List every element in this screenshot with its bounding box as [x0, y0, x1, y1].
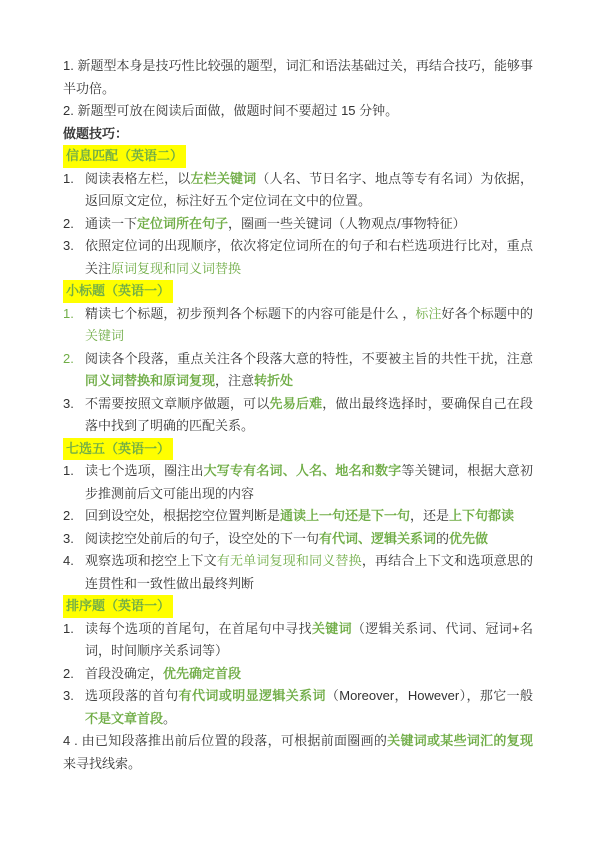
text-segment: 。	[163, 711, 176, 726]
list-item-number: 1.	[63, 303, 85, 326]
text-segment: 阅读表格左栏，以	[85, 171, 190, 186]
list-item-text: 阅读各个段落，重点关注各个段落大意的特性，不要被主旨的共性干扰，注意同义词替换和…	[85, 348, 533, 393]
text-segment: 选项段落的首句	[85, 688, 179, 703]
list-item: 1.阅读表格左栏，以左栏关键词（人名、节日名字、地点等专有名词）为依据，返回原文…	[63, 168, 533, 213]
text-segment: 关键词	[312, 621, 352, 636]
text-segment: 通读一下	[85, 216, 137, 231]
document-content: 1. 新题型本身是技巧性比较强的题型，词汇和语法基础过关，再结合技巧，能够事半功…	[63, 55, 533, 775]
text-segment: 好各个标题中的	[442, 306, 533, 321]
paragraph: 2. 新题型可放在阅读后面做，做题时间不要超过 15 分钟。	[63, 100, 533, 123]
list-item-text: 选项段落的首句有代词或明显逻辑关系词（Moreover，However），那它一…	[85, 685, 533, 730]
document-page: 1. 新题型本身是技巧性比较强的题型，词汇和语法基础过关，再结合技巧，能够事半功…	[0, 0, 596, 842]
text-segment: 有代词、逻辑关系词	[319, 531, 436, 546]
list-item: 2.阅读各个段落，重点关注各个段落大意的特性，不要被主旨的共性干扰，注意同义词替…	[63, 348, 533, 393]
list-item-number: 3.	[63, 393, 85, 416]
list-item: 1.精读七个标题，初步预判各个标题下的内容可能是什么 ，标注好各个标题中的关键词	[63, 303, 533, 348]
list-item-text: 通读一下定位词所在句子，圈画一些关键词（人物观点/事物特征）	[85, 213, 533, 236]
text-segment: 2. 新题型可放在阅读后面做，做题时间不要超过 15 分钟。	[63, 103, 398, 118]
list-item-number: 3.	[63, 685, 85, 708]
text-segment: 同义词替换和原词复现	[85, 373, 215, 388]
text-segment: 上下句都读	[449, 508, 514, 523]
text-segment: ，还是	[410, 508, 449, 523]
list-item-text: 回到设空处，根据挖空位置判断是通读上一句还是下一句，还是上下句都读	[85, 505, 533, 528]
text-segment: （Moreover，However），那它一般	[326, 688, 533, 703]
text-segment: ，注意	[215, 373, 254, 388]
list-item-text: 不需要按照文章顺序做题，可以先易后难，做出最终选择时，要确保自己在段落中找到了明…	[85, 393, 533, 438]
list-item: 3.依照定位词的出现顺序，依次将定位词所在的句子和右栏选项进行比对，重点关注原词…	[63, 235, 533, 280]
text-segment: 首段没确定，	[85, 666, 163, 681]
text-segment: 左栏关键词	[190, 171, 256, 186]
list-item-text: 阅读表格左栏，以左栏关键词（人名、节日名字、地点等专有名词）为依据，返回原文定位…	[85, 168, 533, 213]
list-item-text: 阅读挖空处前后的句子，设空处的下一句有代词、逻辑关系词的优先做	[85, 528, 533, 551]
list-item: 3.不需要按照文章顺序做题，可以先易后难，做出最终选择时，要确保自己在段落中找到…	[63, 393, 533, 438]
text-segment: 关键词	[85, 328, 124, 343]
text-segment: 不需要按照文章顺序做题，可以	[85, 396, 270, 411]
text-segment: 阅读挖空处前后的句子，设空处的下一句	[85, 531, 319, 546]
text-segment: 原词复现和同义词替换	[111, 261, 241, 276]
list-item: 2.通读一下定位词所在句子，圈画一些关键词（人物观点/事物特征）	[63, 213, 533, 236]
text-segment: 转折处	[254, 373, 293, 388]
list-item-text: 读七个选项，圈注出大写专有名词、人名、地名和数字等关键词，根据大意初步推测前后文…	[85, 460, 533, 505]
list-item-number: 4.	[63, 550, 85, 573]
text-segment: 观察选项和挖空上下文	[85, 553, 217, 568]
list-item: 4.观察选项和挖空上下文有无单词复现和同义替换，再结合上下文和选项意思的连贯性和…	[63, 550, 533, 595]
text-segment: 优先确定首段	[163, 666, 241, 681]
text-segment: 来寻找线索。	[63, 756, 141, 771]
text-segment: 优先做	[449, 531, 488, 546]
text-segment: 的	[436, 531, 449, 546]
list-item: 2.首段没确定，优先确定首段	[63, 663, 533, 686]
highlighted-section-heading: 排序题（英语一）	[63, 595, 173, 618]
text-segment: 精读七个标题，初步预判各个标题下的内容可能是什么 ，	[85, 306, 415, 321]
text-segment: 有无单词复现和同义替换	[217, 553, 362, 568]
section-heading-line: 七选五（英语一）	[63, 438, 533, 461]
list-item-number: 3.	[63, 528, 85, 551]
list-item: 3.选项段落的首句有代词或明显逻辑关系词（Moreover，However），那…	[63, 685, 533, 730]
list-item-number: 2.	[63, 348, 85, 371]
text-segment: 先易后难	[270, 396, 323, 411]
list-item-number: 1.	[63, 618, 85, 641]
list-item-text: 精读七个标题，初步预判各个标题下的内容可能是什么 ，标注好各个标题中的关键词	[85, 303, 533, 348]
text-segment: 做题技巧：	[63, 126, 128, 141]
text-segment: ，圈画一些关键词（人物观点/事物特征）	[228, 216, 466, 231]
text-segment: 回到设空处，根据挖空位置判断是	[85, 508, 280, 523]
list-item: 1.读七个选项，圈注出大写专有名词、人名、地名和数字等关键词，根据大意初步推测前…	[63, 460, 533, 505]
text-segment: 通读上一句还是下一句	[280, 508, 410, 523]
text-segment: 读七个选项，圈注出	[85, 463, 204, 478]
highlighted-section-heading: 信息匹配（英语二）	[63, 145, 186, 168]
list-item: 2.回到设空处，根据挖空位置判断是通读上一句还是下一句，还是上下句都读	[63, 505, 533, 528]
list-item-text: 依照定位词的出现顺序，依次将定位词所在的句子和右栏选项进行比对，重点关注原词复现…	[85, 235, 533, 280]
list-item-number: 2.	[63, 505, 85, 528]
section-heading-line: 排序题（英语一）	[63, 595, 533, 618]
text-segment: 有代词或明显逻辑关系词	[179, 688, 326, 703]
paragraph: 1. 新题型本身是技巧性比较强的题型，词汇和语法基础过关，再结合技巧，能够事半功…	[63, 55, 533, 100]
section-heading-line: 小标题（英语一）	[63, 280, 533, 303]
text-segment: 1. 新题型本身是技巧性比较强的题型，词汇和语法基础过关，再结合技巧，能够事半功…	[63, 58, 533, 96]
highlighted-section-heading: 小标题（英语一）	[63, 280, 173, 303]
list-item-text: 观察选项和挖空上下文有无单词复现和同义替换，再结合上下文和选项意思的连贯性和一致…	[85, 550, 533, 595]
list-item-number: 1.	[63, 168, 85, 191]
paragraph: 做题技巧：	[63, 123, 533, 146]
list-item-text: 读每个选项的首尾句，在首尾句中寻找关键词（逻辑关系词、代词、冠词+名词，时间顺序…	[85, 618, 533, 663]
list-item-number: 3.	[63, 235, 85, 258]
list-item: 1.读每个选项的首尾句，在首尾句中寻找关键词（逻辑关系词、代词、冠词+名词，时间…	[63, 618, 533, 663]
text-segment: 标注	[415, 306, 441, 321]
text-segment: 定位词所在句子	[137, 216, 228, 231]
text-segment: 读每个选项的首尾句，在首尾句中寻找	[85, 621, 312, 636]
section-heading-line: 信息匹配（英语二）	[63, 145, 533, 168]
text-segment: 大写专有名词、人名、地名和数字	[204, 463, 402, 478]
list-item-number: 2.	[63, 213, 85, 236]
text-segment: 4 . 由已知段落推出前后位置的段落，可根据前面圈画的	[63, 733, 387, 748]
text-segment: 不是文章首段	[85, 711, 163, 726]
paragraph: 4 . 由已知段落推出前后位置的段落，可根据前面圈画的关键词或某些词汇的复现来寻…	[63, 730, 533, 775]
list-item-number: 1.	[63, 460, 85, 483]
list-item-number: 2.	[63, 663, 85, 686]
text-segment: 关键词或某些词汇的复现	[387, 733, 533, 748]
text-segment: 阅读各个段落，重点关注各个段落大意的特性，不要被主旨的共性干扰，注意	[85, 351, 533, 366]
highlighted-section-heading: 七选五（英语一）	[63, 438, 173, 461]
list-item-text: 首段没确定，优先确定首段	[85, 663, 533, 686]
list-item: 3.阅读挖空处前后的句子，设空处的下一句有代词、逻辑关系词的优先做	[63, 528, 533, 551]
